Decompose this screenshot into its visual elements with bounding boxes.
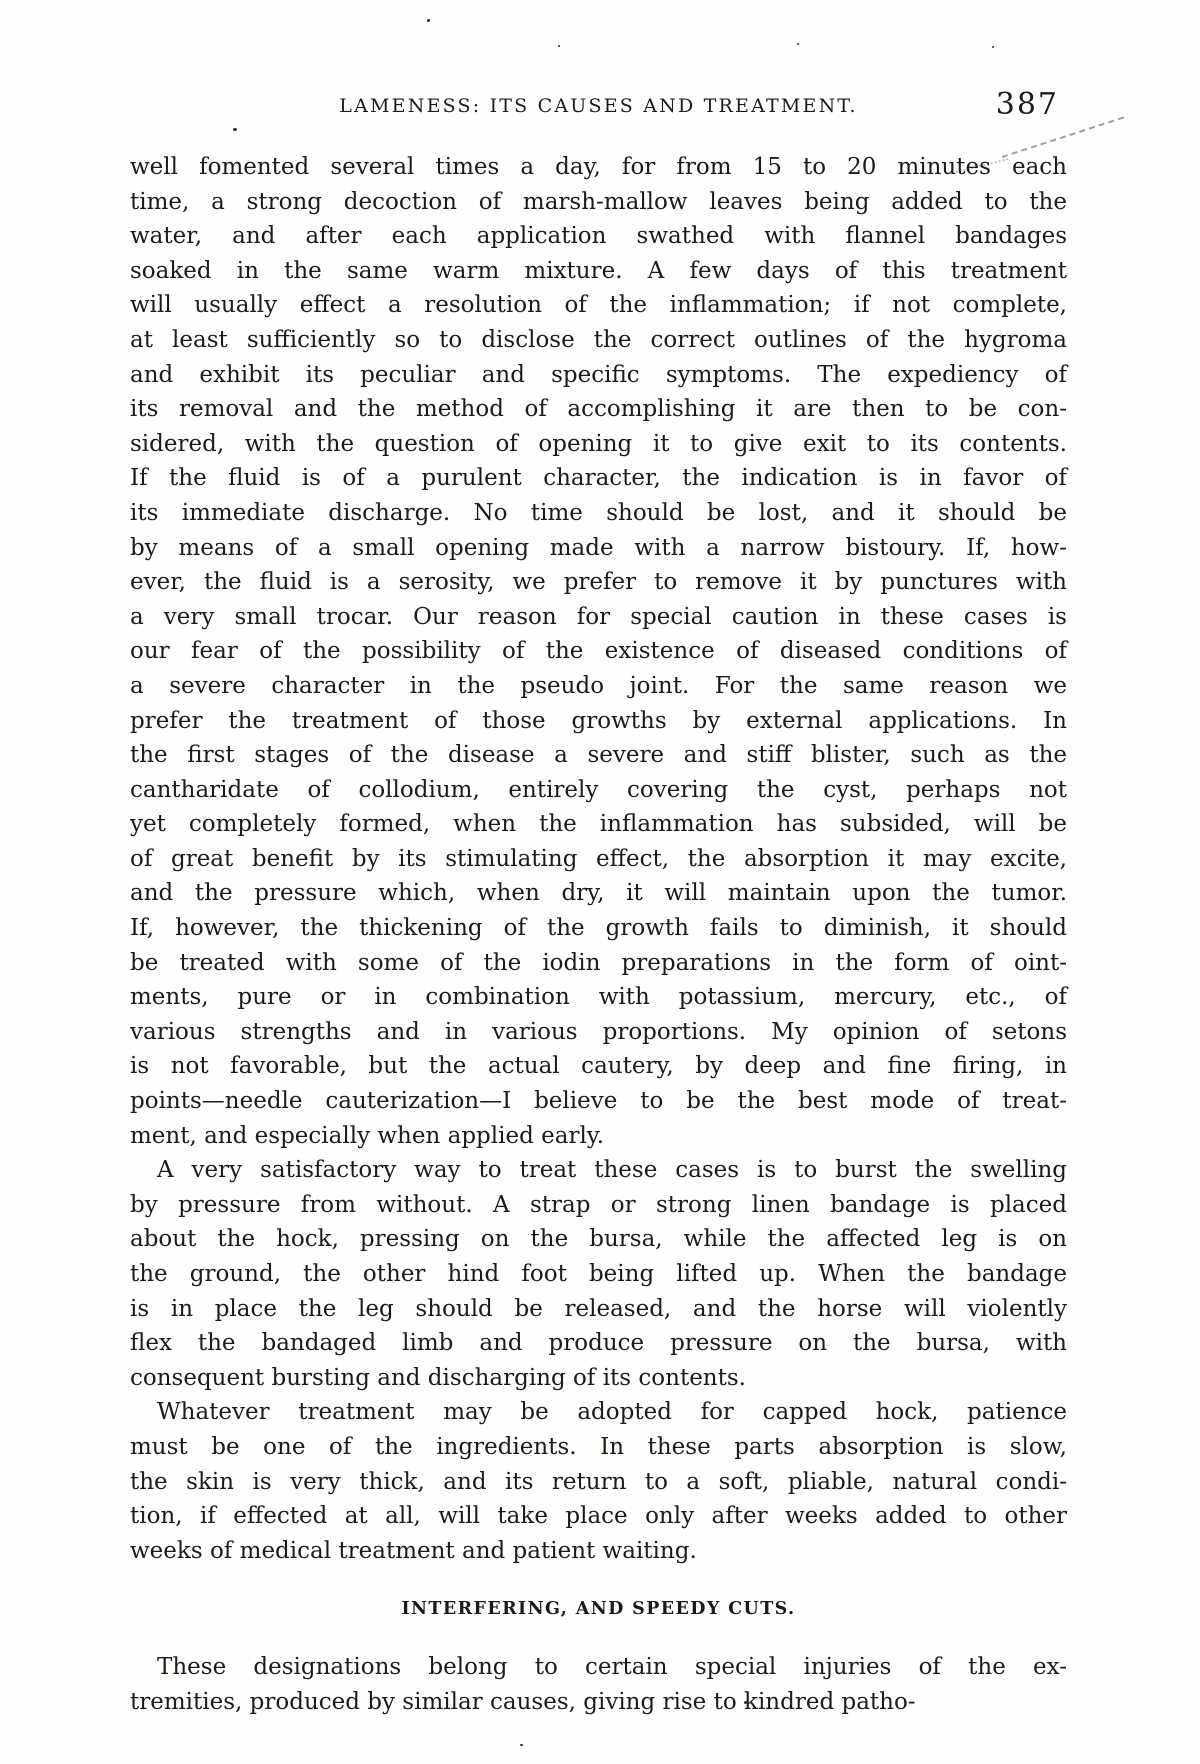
text-line: prefer the treatment of those growths by… [130, 704, 1067, 739]
text-line: flex the bandaged limb and produce press… [130, 1326, 1067, 1361]
text-line: A very satisfactory way to treat these c… [130, 1153, 1067, 1188]
scan-speck [992, 46, 994, 48]
paragraphs-before-heading: well fomented several times a day, for f… [130, 150, 1067, 1568]
scan-speck [520, 1744, 523, 1746]
text-line: the skin is very thick, and its return t… [130, 1465, 1067, 1500]
page-number: 387 [996, 87, 1059, 122]
text-line: points—needle cauterization—I believe to… [130, 1084, 1067, 1119]
text-line: a severe character in the pseudo joint. … [130, 669, 1067, 704]
text-line: of great benefit by its stimulating effe… [130, 842, 1067, 877]
text-line: yet completely formed, when the inflamma… [130, 807, 1067, 842]
text-line: tion, if effected at all, will take plac… [130, 1499, 1067, 1534]
text-line: its removal and the method of accomplish… [130, 392, 1067, 427]
text-line: about the hock, pressing on the bursa, w… [130, 1222, 1067, 1257]
text-line: must be one of the ingredients. In these… [130, 1430, 1067, 1465]
text-line: water, and after each application swathe… [130, 219, 1067, 254]
text-line: by means of a small opening made with a … [130, 531, 1067, 566]
text-line: If the fluid is of a purulent character,… [130, 461, 1067, 496]
text-line: ments, pure or in combination with potas… [130, 980, 1067, 1015]
text-line: is not favorable, but the actual cautery… [130, 1049, 1067, 1084]
text-line: and exhibit its peculiar and specific sy… [130, 358, 1067, 393]
scan-speck [558, 45, 560, 47]
page-header: LAMENESS: ITS CAUSES AND TREATMENT. 387 [130, 92, 1067, 126]
text-line: soaked in the same warm mixture. A few d… [130, 254, 1067, 289]
text-line: These designations belong to certain spe… [130, 1650, 1067, 1685]
text-line: time, a strong decoction of marsh-mallow… [130, 185, 1067, 220]
text-line: well fomented several times a day, for f… [130, 150, 1067, 185]
text-line: the ground, the other hind foot being li… [130, 1257, 1067, 1292]
text-line: ment, and especially when applied early. [130, 1119, 1067, 1154]
text-line: Whatever treatment may be adopted for ca… [130, 1395, 1067, 1430]
text-line: If, however, the thickening of the growt… [130, 911, 1067, 946]
section-heading: INTERFERING, AND SPEEDY CUTS. [130, 1597, 1067, 1621]
scan-speck [427, 19, 430, 22]
scan-speck [797, 43, 799, 45]
text-line: ever, the fluid is a serosity, we prefer… [130, 565, 1067, 600]
paragraph: These designations belong to certain spe… [130, 1650, 1067, 1719]
text-line: our fear of the possibility of the exist… [130, 634, 1067, 669]
paragraphs-after-heading: These designations belong to certain spe… [130, 1650, 1067, 1719]
text-line: cantharidate of collodium, entirely cove… [130, 773, 1067, 808]
text-line: consequent bursting and discharging of i… [130, 1361, 1067, 1396]
text-line: sidered, with the question of opening it… [130, 427, 1067, 462]
text-line: will usually effect a resolution of the … [130, 288, 1067, 323]
running-title: LAMENESS: ITS CAUSES AND TREATMENT. [130, 95, 1067, 117]
text-line: is in place the leg should be released, … [130, 1292, 1067, 1327]
text-line: various strengths and in various proport… [130, 1015, 1067, 1050]
text-line: at least sufficiently so to disclose the… [130, 323, 1067, 358]
text-line: be treated with some of the iodin prepar… [130, 946, 1067, 981]
paragraph: well fomented several times a day, for f… [130, 150, 1067, 1153]
text-line: and the pressure which, when dry, it wil… [130, 876, 1067, 911]
text-line: by pressure from without. A strap or str… [130, 1188, 1067, 1223]
body-text: well fomented several times a day, for f… [130, 150, 1067, 1720]
paragraph: A very satisfactory way to treat these c… [130, 1153, 1067, 1395]
book-page: LAMENESS: ITS CAUSES AND TREATMENT. 387 … [0, 0, 1200, 1764]
text-line: weeks of medical treatment and patient w… [130, 1534, 1067, 1569]
text-line: the first stages of the disease a severe… [130, 738, 1067, 773]
text-line: its immediate discharge. No time should … [130, 496, 1067, 531]
scan-speck [233, 128, 237, 131]
text-line: tremities, produced by similar causes, g… [130, 1685, 1067, 1720]
paragraph: Whatever treatment may be adopted for ca… [130, 1395, 1067, 1568]
text-line: a very small trocar. Our reason for spec… [130, 600, 1067, 635]
